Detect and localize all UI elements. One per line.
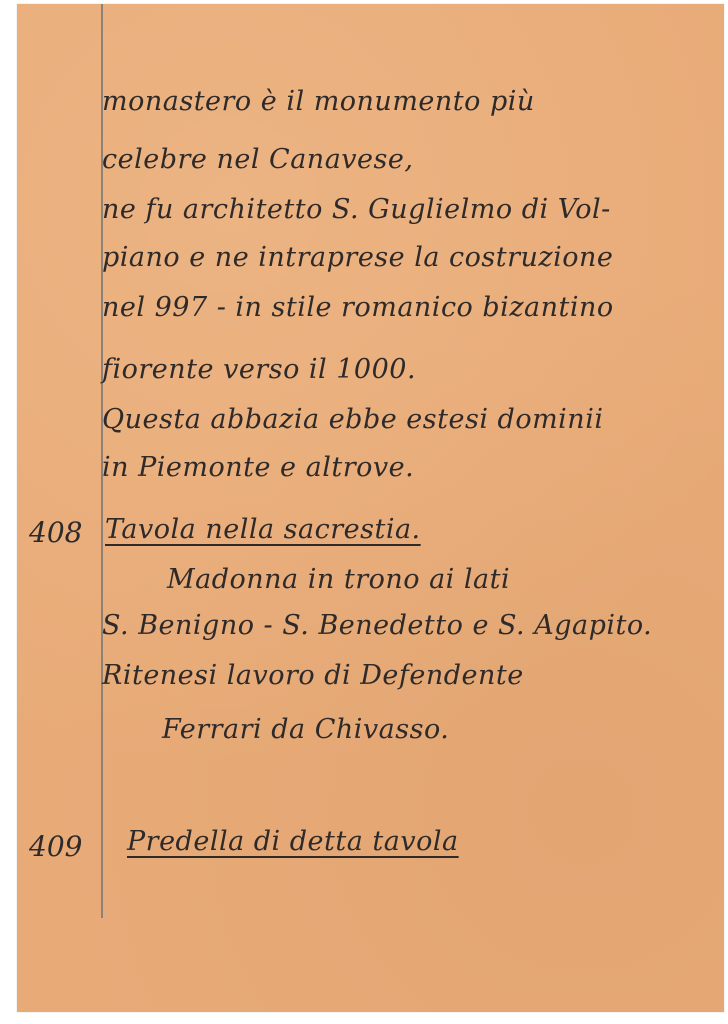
entry-description-line: Madonna in trono ai lati [167, 564, 510, 595]
text-line: Questa abbazia ebbe estesi dominii [102, 404, 603, 435]
entry-description-line: Ritenesi lavoro di Defendente [102, 660, 524, 691]
entry-title: Predella di detta tavola [127, 826, 459, 857]
entry-description-line: S. Benigno - S. Benedetto e S. Agapito. [102, 610, 652, 641]
entry-title: Tavola nella sacrestia. [105, 514, 421, 545]
text-line: ne fu architetto S. Guglielmo di Vol- [102, 194, 611, 225]
entry-number: 409 [29, 830, 82, 863]
text-line: piano e ne intraprese la costruzione [102, 242, 613, 273]
text-line: monastero è il monumento più [102, 86, 535, 117]
text-line: nel 997 - in stile romanico bizantino [102, 292, 614, 323]
entry-description-line: Ferrari da Chivasso. [162, 714, 449, 745]
text-line: fiorente verso il 1000. [102, 354, 416, 385]
text-line: celebre nel Canavese, [102, 144, 413, 175]
entry-number: 408 [29, 516, 82, 549]
document-page: monastero è il monumento più celebre nel… [17, 4, 724, 1012]
text-line: in Piemonte e altrove. [102, 452, 414, 483]
